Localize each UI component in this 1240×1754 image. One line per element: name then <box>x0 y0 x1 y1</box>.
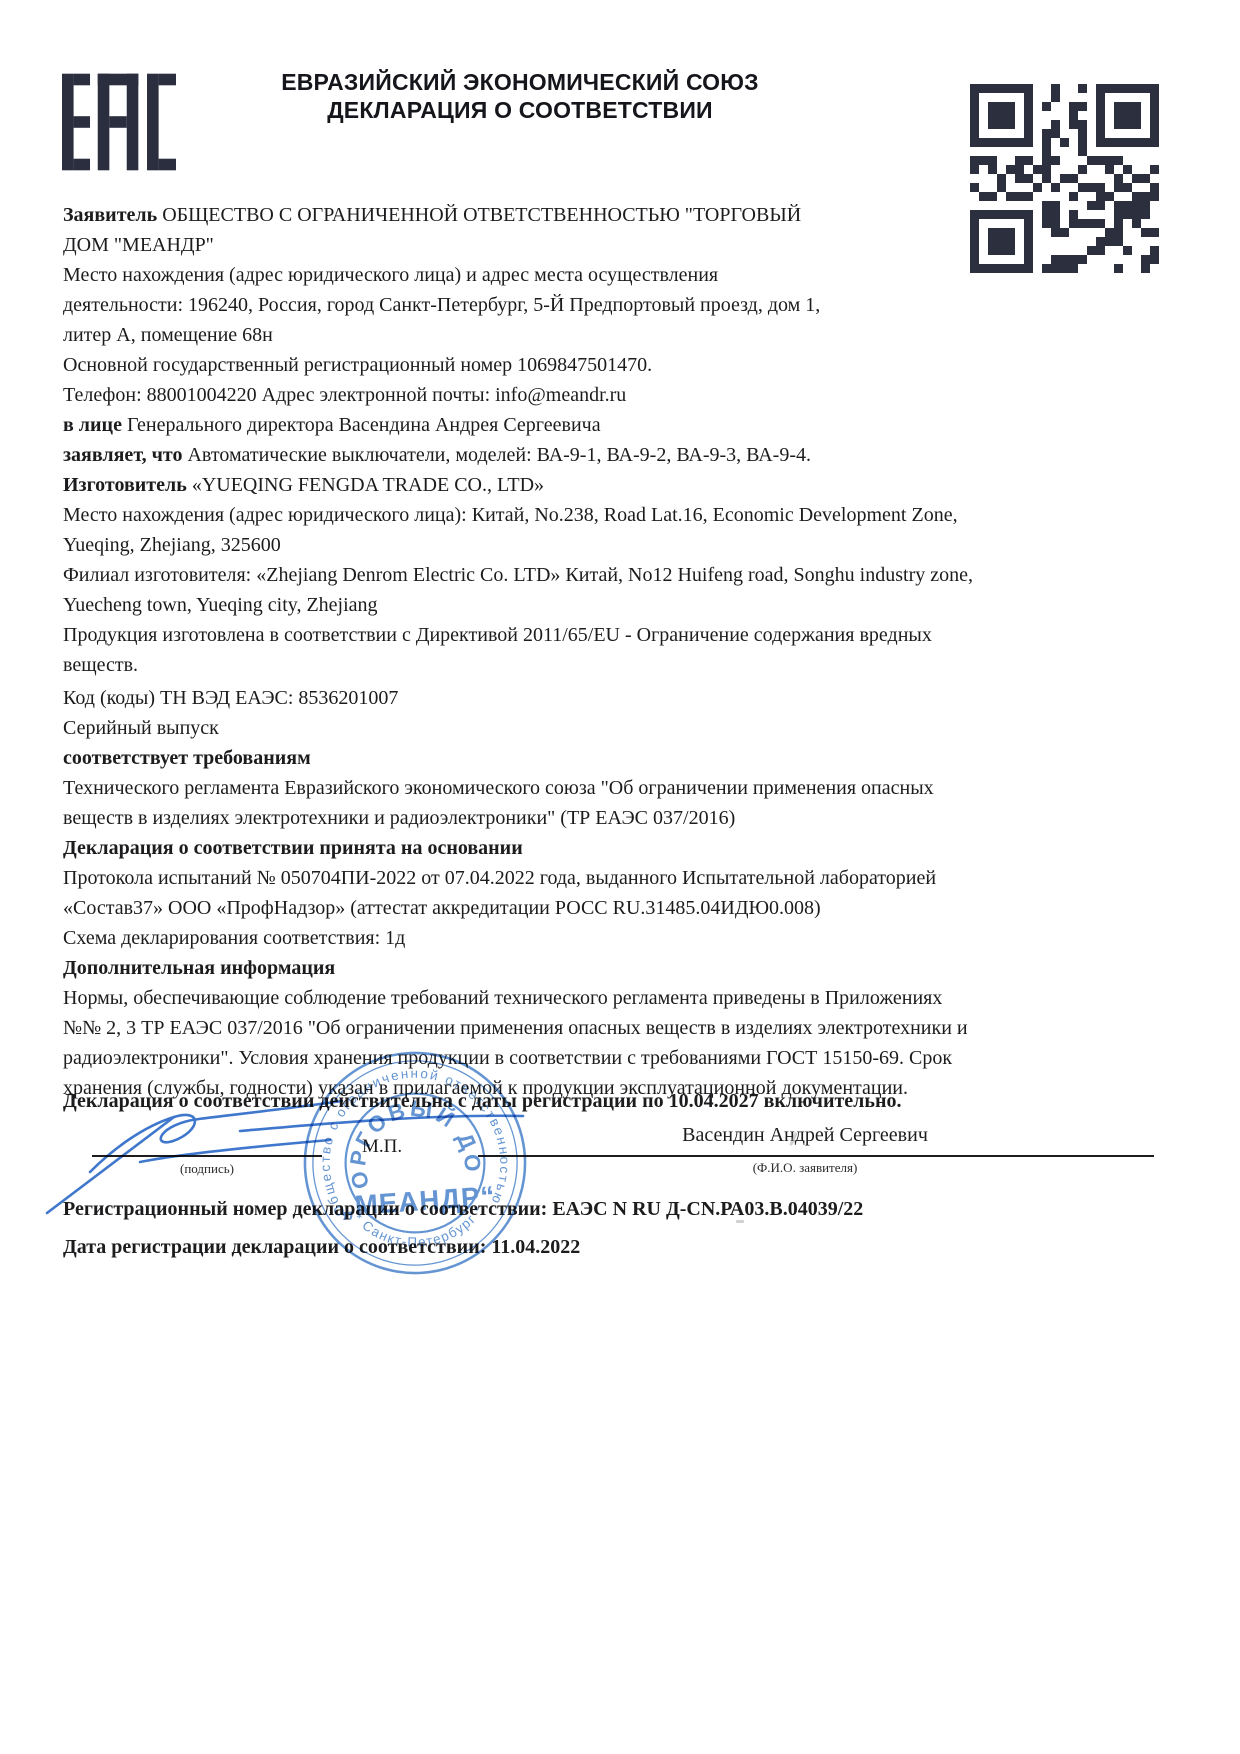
manufacturer-address-paragraph: Место нахождения (адрес юридического лиц… <box>63 500 1185 680</box>
serial-production-paragraph: Серийный выпуск <box>63 713 1185 743</box>
title-line-1: ЕВРАЗИЙСКИЙ ЭКОНОМИЧЕСКИЙ СОЮЗ <box>240 68 800 96</box>
declaration-document: ЕВРАЗИЙСКИЙ ЭКОНОМИЧЕСКИЙ СОЮЗ ДЕКЛАРАЦИ… <box>0 0 1240 1754</box>
registration-number-line: Регистрационный номер декларации о соотв… <box>63 1198 1185 1221</box>
applicant-address-paragraph: Место нахождения (адрес юридического лиц… <box>63 260 1185 410</box>
additional-info-heading: Дополнительная информация <box>63 953 1185 983</box>
regulation-paragraph: Технического регламента Евразийского эко… <box>63 773 1185 833</box>
signer-name: Васендин Андрей Сергеевич <box>480 1124 1130 1147</box>
conforms-heading: соответствует требованиям <box>63 743 1185 773</box>
registration-date-line: Дата регистрации декларации о соответств… <box>63 1236 1185 1259</box>
manufacturer-label: Изготовитель <box>63 474 192 496</box>
document-body: Заявитель ОБЩЕСТВО С ОГРАНИЧЕННОЙ ОТВЕТС… <box>63 200 1185 1103</box>
additional-info-paragraph: Нормы, обеспечивающие соблюдение требова… <box>63 983 1185 1103</box>
document-title: ЕВРАЗИЙСКИЙ ЭКОНОМИЧЕСКИЙ СОЮЗ ДЕКЛАРАЦИ… <box>240 68 800 124</box>
applicant-label: Заявитель <box>63 204 162 226</box>
test-report-paragraph: Протокола испытаний № 050704ПИ-2022 от 0… <box>63 863 1185 953</box>
represented-by-label: в лице <box>63 414 127 436</box>
company-round-stamp: Общество с ограниченной ответственностью… <box>301 1049 529 1277</box>
basis-heading: Декларация о соответствии принята на осн… <box>63 833 1185 863</box>
tnved-code-paragraph: Код (коды) ТН ВЭД ЕАЭС: 8536201007 <box>63 683 1185 713</box>
signature-caption: (подпись) <box>92 1161 322 1177</box>
declares-label: заявляет, что <box>63 444 187 466</box>
scan-artifact <box>736 1220 744 1223</box>
signer-name-line <box>478 1155 1154 1157</box>
eac-logo-icon <box>62 72 176 172</box>
represented-by-paragraph: в лице Генерального директора Васендина … <box>63 410 1185 440</box>
manufacturer-paragraph: Изготовитель «YUEQING FENGDA TRADE CO., … <box>63 470 1185 500</box>
title-line-2: ДЕКЛАРАЦИЯ О СООТВЕТСТВИИ <box>240 96 800 124</box>
declares-paragraph: заявляет, что Автоматические выключатели… <box>63 440 1185 470</box>
signer-name-caption: (Ф.И.О. заявителя) <box>480 1160 1130 1176</box>
applicant-value: ОБЩЕСТВО С ОГРАНИЧЕННОЙ ОТВЕТСТВЕННОСТЬЮ… <box>63 204 801 256</box>
signature-line <box>92 1155 322 1157</box>
validity-statement: Декларация о соответствии действительна … <box>63 1090 1185 1113</box>
applicant-paragraph: Заявитель ОБЩЕСТВО С ОГРАНИЧЕННОЙ ОТВЕТС… <box>63 200 1185 260</box>
